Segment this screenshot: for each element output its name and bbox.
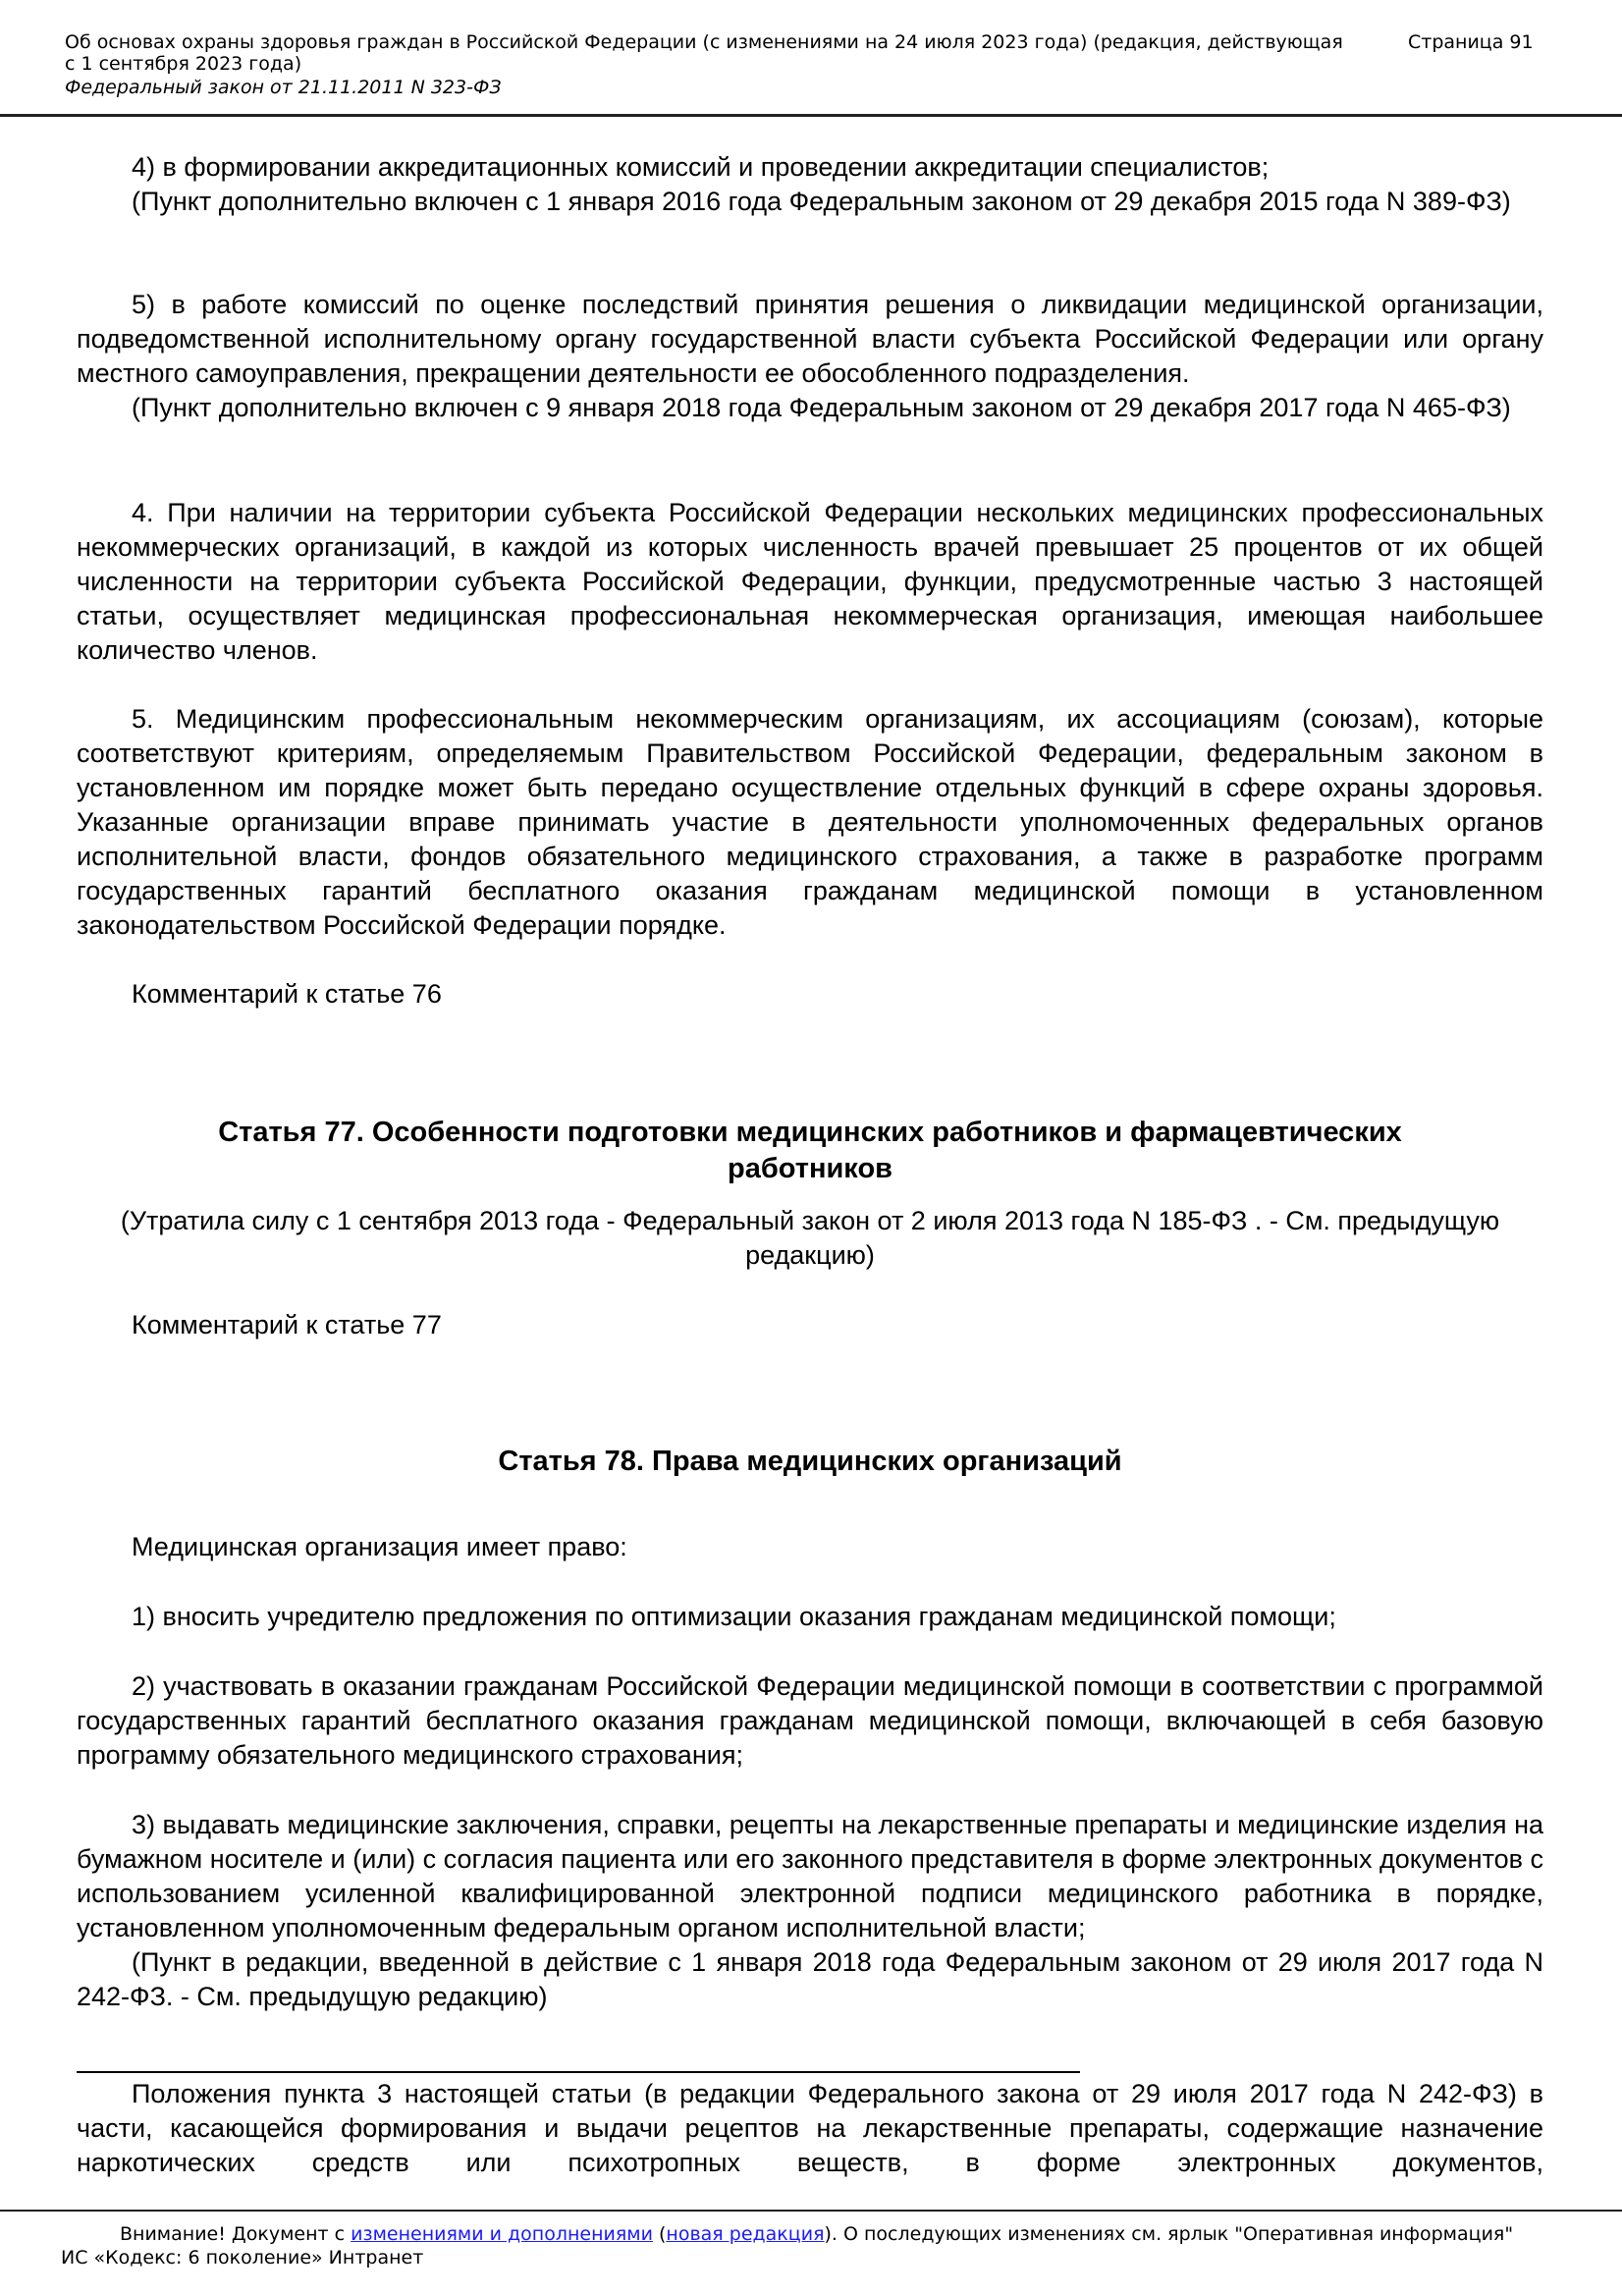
article-78-item-3-note: (Пункт в редакции, введенной в действие … <box>77 1945 1543 2014</box>
new-edition-link[interactable]: новая редакция <box>666 2223 824 2245</box>
article-78-item-1: 1) вносить учредителю предложения по опт… <box>77 1600 1543 1634</box>
item-5-text: 5) в работе комиссий по оценке последств… <box>77 288 1543 391</box>
footnote-block: Положения пункта 3 настоящей статьи (в р… <box>77 2077 1543 2180</box>
changes-link[interactable]: изменениями и дополнениями <box>351 2223 653 2245</box>
item-5-note: (Пункт дополнительно включен с 9 января … <box>77 391 1543 425</box>
footnote-text: Положения пункта 3 настоящей статьи (в р… <box>77 2077 1543 2180</box>
footer-divider <box>0 2210 1622 2212</box>
comment-76-block: Комментарий к статье 76 <box>77 977 1543 1011</box>
article-78-item-2: 2) участвовать в оказании гражданам Росс… <box>77 1669 1543 1773</box>
article-78-heading: Статья 78. Права медицинских организаций <box>77 1444 1543 1480</box>
article-78-item-2-block: 2) участвовать в оказании гражданам Росс… <box>77 1669 1543 1773</box>
page-number: Страница 91 <box>1408 31 1534 53</box>
document-title-line1: Об основах охраны здоровья граждан в Рос… <box>65 31 1380 53</box>
article-78-item-1-block: 1) вносить учредителю предложения по опт… <box>77 1600 1543 1634</box>
document-title-line2: с 1 сентября 2023 года) <box>65 53 1380 75</box>
footer-notice: Внимание! Документ с изменениями и допол… <box>120 2223 1513 2245</box>
footnote-divider <box>77 2071 1080 2073</box>
law-reference: Федеральный закон от 21.11.2011 N 323-ФЗ <box>65 77 502 98</box>
comment-76-link[interactable]: Комментарий к статье 76 <box>77 977 1543 1011</box>
item-4-block: 4) в формировании аккредитационных комис… <box>77 150 1543 219</box>
system-name: ИС «Кодекс: 6 поколение» Интранет <box>61 2247 423 2269</box>
comment-77-link[interactable]: Комментарий к статье 77 <box>77 1308 1543 1342</box>
part-4-text: 4. При наличии на территории субъекта Ро… <box>77 496 1543 668</box>
item-4-note: (Пункт дополнительно включен с 1 января … <box>77 185 1543 219</box>
document-title: Об основах охраны здоровья граждан в Рос… <box>65 31 1380 75</box>
article-78-intro: Медицинская организация имеет право: <box>77 1530 1543 1564</box>
article-78-item-3-block: 3) выдавать медицинские заключения, спра… <box>77 1808 1543 2014</box>
article-77-status: (Утратила силу с 1 сентября 2013 года - … <box>77 1204 1543 1273</box>
part-4-block: 4. При наличии на территории субъекта Ро… <box>77 496 1543 668</box>
part-5-text: 5. Медицинским профессиональным некоммер… <box>77 702 1543 943</box>
article-77-heading: Статья 77. Особенности подготовки медици… <box>147 1115 1473 1187</box>
article-78-intro-block: Медицинская организация имеет право: <box>77 1530 1543 1564</box>
item-4-text: 4) в формировании аккредитационных комис… <box>77 150 1543 185</box>
article-78-item-3: 3) выдавать медицинские заключения, спра… <box>77 1808 1543 1945</box>
item-5-block: 5) в работе комиссий по оценке последств… <box>77 288 1543 425</box>
footer-paren-open: ( <box>653 2223 666 2245</box>
footer-notice-prefix: Внимание! Документ с <box>120 2223 351 2245</box>
part-5-block: 5. Медицинским профессиональным некоммер… <box>77 702 1543 943</box>
footer-notice-suffix: ). О последующих изменениях см. ярлык "О… <box>825 2223 1514 2245</box>
comment-77-block: Комментарий к статье 77 <box>77 1308 1543 1342</box>
header-divider <box>0 114 1622 117</box>
